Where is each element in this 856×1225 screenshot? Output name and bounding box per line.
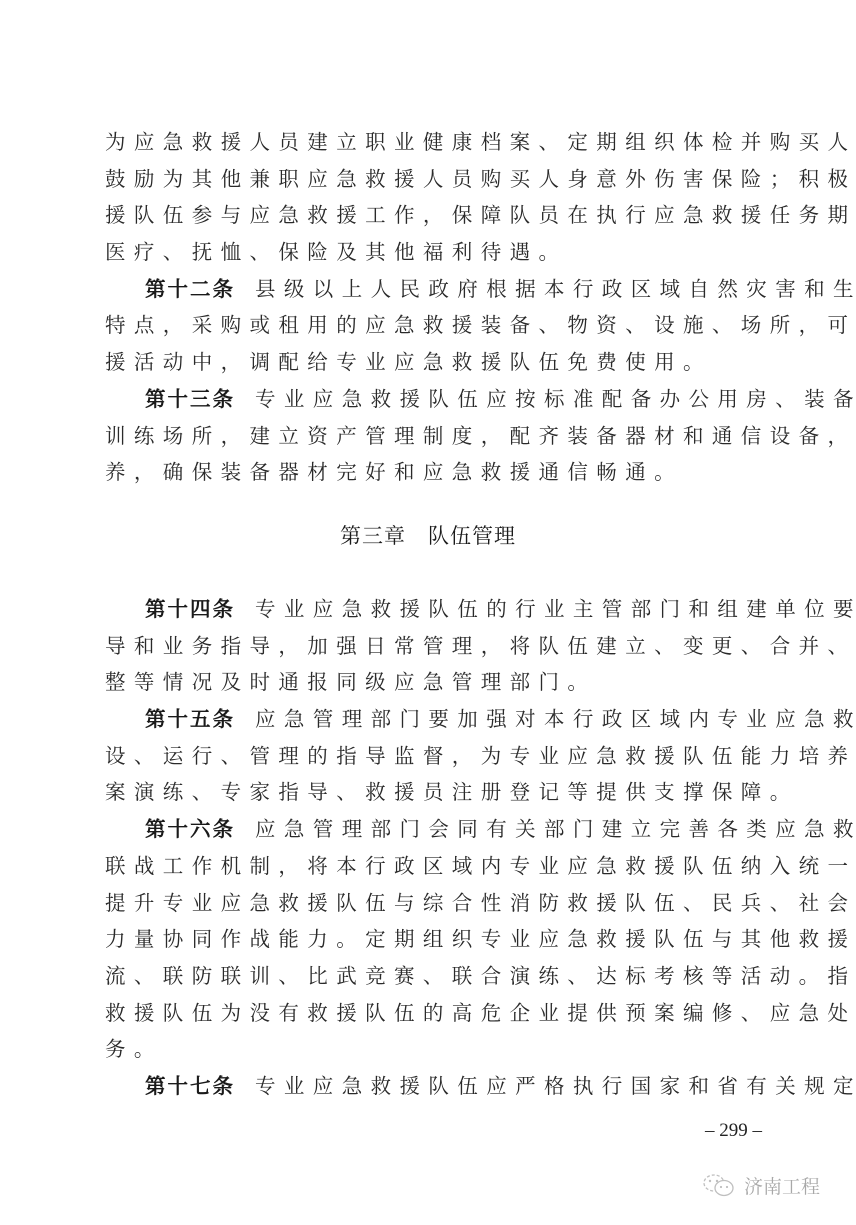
watermark: 济南工程: [702, 1172, 820, 1199]
article-17-first-line: 第十七条专业应急救援队伍应严格执行国家和省有关规定，建立健全: [105, 1068, 767, 1105]
text-line: 援活动中，调配给专业应急救援队伍免费使用。: [105, 344, 767, 381]
text-line: 医疗、抚恤、保险及其他福利待遇。: [105, 234, 767, 271]
text-line: 专业应急救援队伍应严格执行国家和省有关规定，建立健全: [255, 1074, 856, 1098]
text-line: 设、运行、管理的指导监督，为专业应急救援队伍能力培养、装备建设、预: [105, 738, 767, 775]
article-13-first-line: 第十三条专业应急救援队伍应按标准配备办公用房、装备器材库房和: [105, 381, 767, 418]
text-line: 专业应急救援队伍的行业主管部门和组建单位要加强组织领: [255, 597, 856, 621]
text-line: 鼓励为其他兼职应急救援人员购买人身意外伤害保险；积极支持专业应急救: [105, 161, 767, 198]
chapter-number: 第三章: [340, 524, 406, 548]
document-page: 为应急救援人员建立职业健康档案、定期组织体检并购买人身意外伤害保险， 鼓励为其他…: [0, 0, 856, 1225]
text-line: 特点，采购或租用的应急救援装备、物资、设施、场所，可在应急备勤和救: [105, 307, 767, 344]
text-line: 专业应急救援队伍应按标准配备办公用房、装备器材库房和: [255, 387, 856, 411]
chapter-title: 队伍管理: [428, 524, 516, 548]
text-line: 力量协同作战能力。定期组织专业应急救援队伍与其他救援力量开展培训交: [105, 921, 767, 958]
text-line: 养，确保装备器材完好和应急救援通信畅通。: [105, 454, 767, 491]
article-16-first-line: 第十六条应急管理部门会同有关部门建立完善各类应急救援力量联调: [105, 811, 767, 848]
text-line: 为应急救援人员建立职业健康档案、定期组织体检并购买人身意外伤害保险，: [105, 124, 767, 161]
article-14-first-line: 第十四条专业应急救援队伍的行业主管部门和组建单位要加强组织领: [105, 591, 767, 628]
watermark-text: 济南工程: [744, 1172, 820, 1199]
text-line: 案演练、专家指导、救援员注册登记等提供支撑保障。: [105, 774, 767, 811]
article-label: 第十七条: [145, 1074, 235, 1098]
page-number: – 299 –: [705, 1120, 762, 1142]
article-label: 第十二条: [145, 277, 235, 301]
article-label: 第十四条: [145, 597, 235, 621]
section-body-1: 为应急救援人员建立职业健康档案、定期组织体检并购买人身意外伤害保险， 鼓励为其他…: [105, 124, 767, 491]
text-line: 联战工作机制，将本行政区域内专业应急救援队伍纳入统一指挥调度体系，: [105, 848, 767, 885]
text-line: 应急管理部门要加强对本行政区域内专业应急救援队伍建: [255, 707, 856, 731]
article-15-first-line: 第十五条应急管理部门要加强对本行政区域内专业应急救援队伍建: [105, 701, 767, 738]
text-line: 整等情况及时通报同级应急管理部门。: [105, 664, 767, 701]
article-12-first-line: 第十二条县级以上人民政府根据本行政区域自然灾害和生产安全事故: [105, 271, 767, 308]
text-line: 县级以上人民政府根据本行政区域自然灾害和生产安全事故: [255, 277, 856, 301]
text-line: 援队伍参与应急救援工作，保障队员在执行应急救援任务期间的工资、奖金、: [105, 197, 767, 234]
article-label: 第十三条: [145, 387, 235, 411]
text-line: 训练场所，建立资产管理制度，配齐装备器材和通信设备，指定专人维护保: [105, 418, 767, 455]
text-line: 务。: [105, 1031, 767, 1068]
section-body-2: 第十四条专业应急救援队伍的行业主管部门和组建单位要加强组织领 导和业务指导，加强…: [105, 591, 767, 1105]
text-line: 导和业务指导，加强日常管理，将队伍建立、变更、合并、撤销及负责人调: [105, 628, 767, 665]
text-line: 应急管理部门会同有关部门建立完善各类应急救援力量联调: [255, 817, 856, 841]
article-label: 第十五条: [145, 707, 235, 731]
text-line: 流、联防联训、比武竞赛、联合演练、达标考核等活动。指导协调专业应急: [105, 958, 767, 995]
chapter-heading: 第三章队伍管理: [0, 520, 856, 550]
text-line: 救援队伍为没有救援队伍的高危企业提供预案编修、应急处置展示等有偿服: [105, 995, 767, 1032]
wechat-icon: [702, 1173, 736, 1199]
text-line: 提升专业应急救援队伍与综合性消防救援队伍、民兵、社会救援队伍等救援: [105, 885, 767, 922]
article-label: 第十六条: [145, 817, 235, 841]
